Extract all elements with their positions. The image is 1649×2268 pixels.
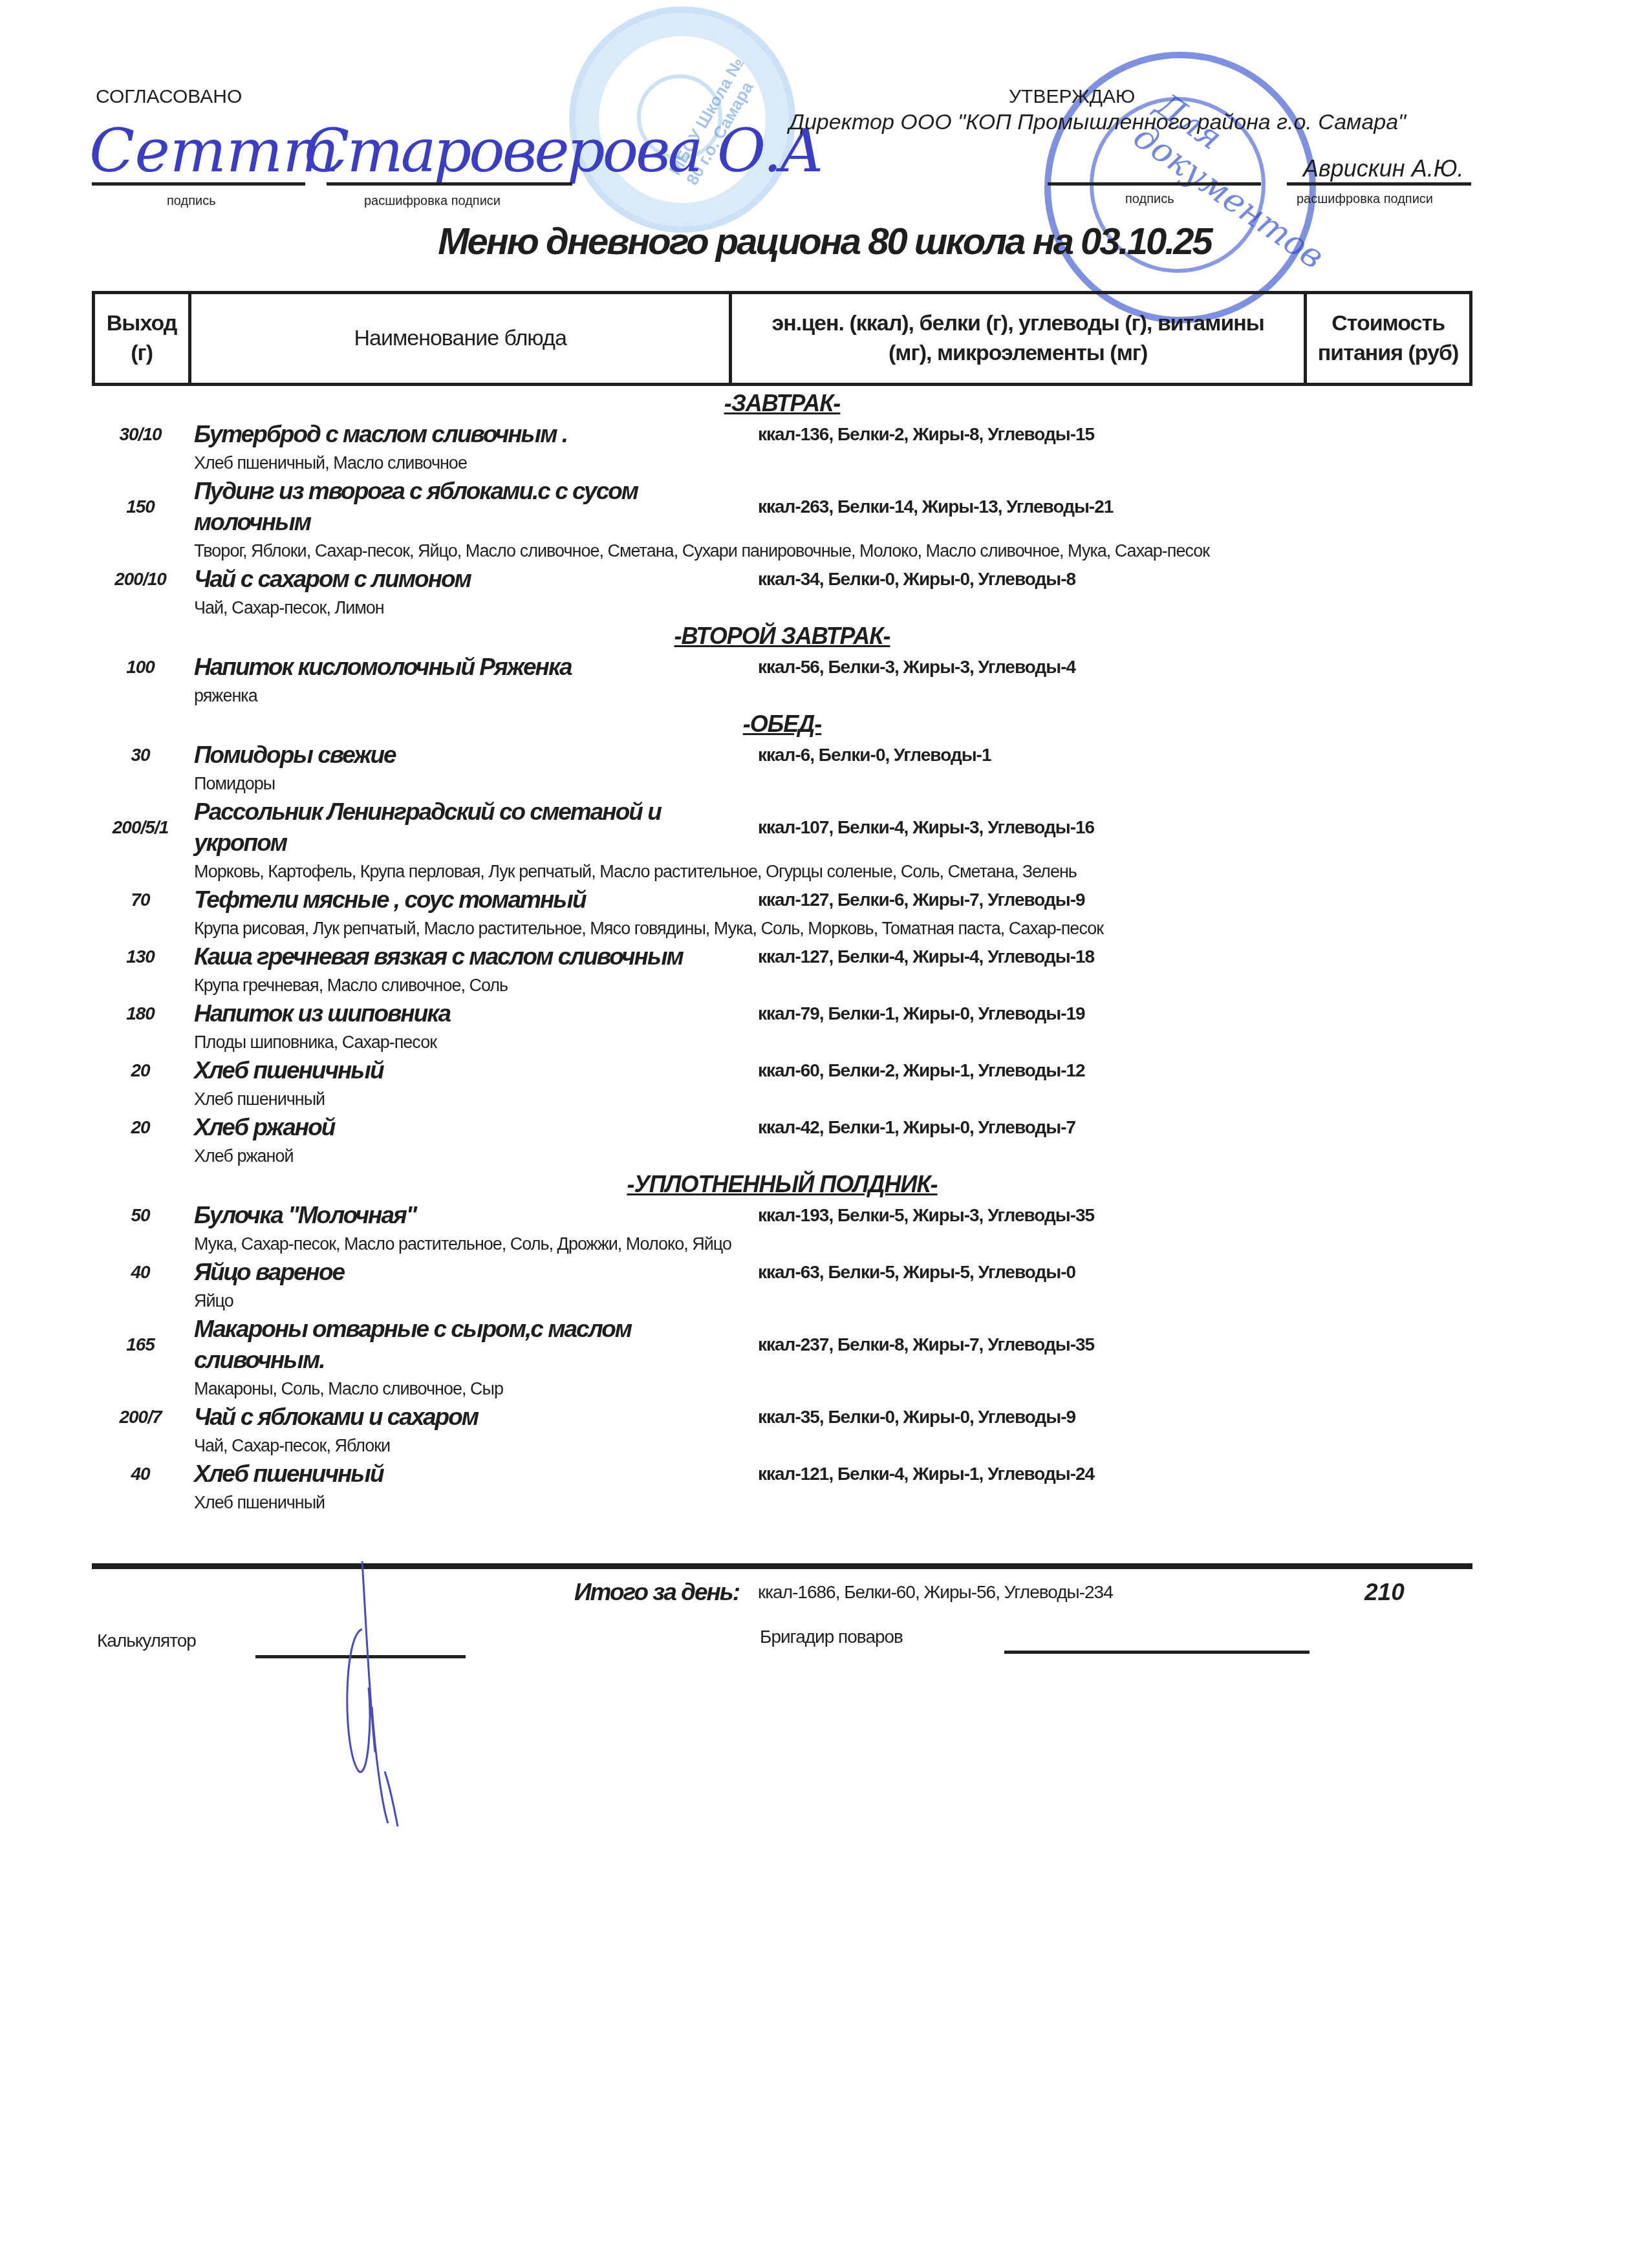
dish-yield: 40 xyxy=(92,1262,189,1283)
dish-ingredients: Мука, Сахар-песок, Масло растительное, С… xyxy=(92,1231,1472,1257)
dish-ingredients: Морковь, Картофель, Крупа перловая, Лук … xyxy=(92,859,1472,884)
dish-ingredients: Творог, Яблоки, Сахар-песок, Яйцо, Масло… xyxy=(92,538,1472,564)
header-dish-name: Наименование блюда xyxy=(190,293,731,385)
dish-nutrition: ккал-34, Белки-0, Жиры-0, Углеводы-8 xyxy=(758,569,1472,590)
dish-nutrition: ккал-107, Белки-4, Жиры-3, Углеводы-16 xyxy=(758,817,1472,838)
dish-row: 50Булочка "Молочная"ккал-193, Белки-5, Ж… xyxy=(92,1200,1472,1257)
dish-nutrition: ккал-127, Белки-4, Жиры-4, Углеводы-18 xyxy=(758,947,1472,967)
dish-row: 20Хлеб ржанойккал-42, Белки-1, Жиры-0, У… xyxy=(92,1112,1472,1169)
dish-nutrition: ккал-193, Белки-5, Жиры-3, Углеводы-35 xyxy=(758,1205,1472,1226)
calculator-signature xyxy=(323,1558,466,1830)
dish-nutrition: ккал-136, Белки-2, Жиры-8, Углеводы-15 xyxy=(758,424,1472,445)
dish-name: Чай с сахаром с лимоном xyxy=(189,564,758,595)
dish-ingredients: Хлеб пшеничный xyxy=(92,1490,1472,1515)
dish-name: Макароны отварные с сыром,с маслом сливо… xyxy=(189,1314,758,1376)
agreed-name-handwritten: Староверова О.А xyxy=(304,116,822,186)
section-heading: -ВТОРОЙ ЗАВТРАК- xyxy=(92,621,1472,652)
dish-yield: 165 xyxy=(92,1334,189,1355)
dish-row: 130Каша гречневая вязкая с маслом сливоч… xyxy=(92,941,1472,998)
dish-yield: 200/10 xyxy=(92,569,189,590)
header-cost: Стоимость питания (руб) xyxy=(1306,293,1471,385)
dish-name: Пудинг из творога с яблоками.с с сусом м… xyxy=(189,476,758,538)
calculator-label: Калькулятор xyxy=(97,1631,196,1651)
dish-yield: 100 xyxy=(92,657,189,678)
section-heading: -ЗАВТРАК- xyxy=(92,388,1472,419)
menu-body: -ЗАВТРАК-30/10Бутерброд с маслом сливочн… xyxy=(92,388,1472,1515)
approved-heading: УТВЕРЖДАЮ xyxy=(1009,86,1135,108)
dish-ingredients: Плоды шиповника, Сахар-песок xyxy=(92,1029,1472,1055)
dish-row: 70Тефтели мясные , соус томатныйккал-127… xyxy=(92,884,1472,941)
dish-row: 20Хлеб пшеничныйккал-60, Белки-2, Жиры-1… xyxy=(92,1055,1472,1112)
dish-nutrition: ккал-60, Белки-2, Жиры-1, Углеводы-12 xyxy=(758,1060,1472,1081)
dish-yield: 150 xyxy=(92,497,189,517)
dish-nutrition: ккал-121, Белки-4, Жиры-1, Углеводы-24 xyxy=(758,1464,1472,1484)
dish-row: 40Хлеб пшеничныйккал-121, Белки-4, Жиры-… xyxy=(92,1459,1472,1515)
agreed-transcript-line xyxy=(327,182,572,186)
header-yield: Выход (г) xyxy=(94,293,190,385)
dish-ingredients: Крупа гречневая, Масло сливочное, Соль xyxy=(92,972,1472,998)
dish-row: 40Яйцо вареноеккал-63, Белки-5, Жиры-5, … xyxy=(92,1257,1472,1314)
dish-name: Тефтели мясные , соус томатный xyxy=(189,884,758,915)
agreed-signature: Сеттт xyxy=(89,116,339,186)
header-nutrition: эн.цен. (ккал), белки (г), углеводы (г),… xyxy=(731,293,1306,385)
dish-nutrition: ккал-127, Белки-6, Жиры-7, Углеводы-9 xyxy=(758,890,1472,910)
dish-nutrition: ккал-79, Белки-1, Жиры-0, Углеводы-19 xyxy=(758,1003,1472,1024)
dish-row: 150Пудинг из творога с яблоками.с с сусо… xyxy=(92,476,1472,564)
approver-position: Директор ООО "КОП Промышленного района г… xyxy=(789,110,1406,135)
dish-nutrition: ккал-237, Белки-8, Жиры-7, Углеводы-35 xyxy=(758,1334,1472,1355)
dish-name: Булочка "Молочная" xyxy=(189,1200,758,1231)
total-nutrition: ккал-1686, Белки-60, Жиры-56, Углеводы-2… xyxy=(758,1582,1113,1603)
chef-signature-line xyxy=(1004,1651,1309,1654)
dish-ingredients: Макароны, Соль, Масло сливочное, Сыр xyxy=(92,1376,1472,1402)
dish-ingredients: Чай, Сахар-песок, Яблоки xyxy=(92,1433,1472,1459)
dish-name: Яйцо вареное xyxy=(189,1257,758,1288)
dish-nutrition: ккал-63, Белки-5, Жиры-5, Углеводы-0 xyxy=(758,1262,1472,1283)
chef-label: Бригадир поваров xyxy=(760,1627,903,1647)
dish-name: Хлеб пшеничный xyxy=(189,1459,758,1490)
dish-name: Каша гречневая вязкая с маслом сливочным xyxy=(189,941,758,972)
approved-signature-caption: подпись xyxy=(1125,192,1174,207)
agreed-transcript-caption: расшифровка подписи xyxy=(364,194,501,209)
dish-yield: 200/5/1 xyxy=(92,817,189,838)
dish-row: 200/5/1Рассольник Ленинградский со смета… xyxy=(92,797,1472,884)
dish-name: Бутерброд с маслом сливочным . xyxy=(189,419,758,450)
dish-yield: 200/7 xyxy=(92,1407,189,1428)
dish-ingredients: ряженка xyxy=(92,683,1472,709)
dish-row: 30Помидоры свежиеккал-6, Белки-0, Углево… xyxy=(92,740,1472,797)
dish-ingredients: Помидоры xyxy=(92,771,1472,797)
approved-transcript-line xyxy=(1287,182,1471,186)
dish-name: Рассольник Ленинградский со сметаной и у… xyxy=(189,797,758,859)
dish-ingredients: Хлеб ржаной xyxy=(92,1143,1472,1169)
dish-name: Напиток кисломолочный Ряженка xyxy=(189,652,758,683)
dish-ingredients: Хлеб пшеничный, Масло сливочное xyxy=(92,450,1472,476)
agreed-signature-caption: подпись xyxy=(167,194,216,209)
dish-row: 100Напиток кисломолочный Ряженкаккал-56,… xyxy=(92,652,1472,709)
dish-nutrition: ккал-6, Белки-0, Углеводы-1 xyxy=(758,745,1472,765)
dish-yield: 20 xyxy=(92,1060,189,1081)
dish-yield: 40 xyxy=(92,1464,189,1484)
dish-ingredients: Яйцо xyxy=(92,1288,1472,1314)
dish-yield: 130 xyxy=(92,947,189,967)
dish-ingredients: Крупа рисовая, Лук репчатый, Масло расти… xyxy=(92,915,1472,941)
dish-yield: 70 xyxy=(92,890,189,910)
section-heading: -УПЛОТНЕННЫЙ ПОЛДНИК- xyxy=(92,1169,1472,1200)
dish-nutrition: ккал-42, Белки-1, Жиры-0, Углеводы-7 xyxy=(758,1117,1472,1138)
dish-yield: 30 xyxy=(92,745,189,765)
dish-name: Чай с яблоками и сахаром xyxy=(189,1402,758,1433)
approver-name: Аврискин А.Ю. xyxy=(1303,155,1464,182)
menu-table-header: Выход (г) Наименование блюда эн.цен. (кк… xyxy=(92,291,1472,386)
dish-nutrition: ккал-35, Белки-0, Жиры-0, Углеводы-9 xyxy=(758,1407,1472,1428)
dish-row: 200/10Чай с сахаром с лимономккал-34, Бе… xyxy=(92,564,1472,621)
total-cost: 210 xyxy=(1364,1579,1405,1606)
approved-signature-line xyxy=(1048,182,1261,186)
page-title: Меню дневного рациона 80 школа на 03.10.… xyxy=(0,220,1649,263)
dish-row: 180Напиток из шиповникаккал-79, Белки-1,… xyxy=(92,998,1472,1055)
dish-ingredients: Хлеб пшеничный xyxy=(92,1086,1472,1112)
dish-yield: 30/10 xyxy=(92,424,189,445)
dish-yield: 180 xyxy=(92,1003,189,1024)
dish-name: Напиток из шиповника xyxy=(189,998,758,1029)
dish-row: 200/7Чай с яблоками и сахаромккал-35, Бе… xyxy=(92,1402,1472,1459)
dish-name: Хлеб ржаной xyxy=(189,1112,758,1143)
approved-transcript-caption: расшифровка подписи xyxy=(1297,192,1433,207)
dish-name: Хлеб пшеничный xyxy=(189,1055,758,1086)
dish-row: 30/10Бутерброд с маслом сливочным .ккал-… xyxy=(92,419,1472,476)
agreed-heading: СОГЛАСОВАНО xyxy=(96,86,242,108)
dish-name: Помидоры свежие xyxy=(189,740,758,771)
section-heading: -ОБЕД- xyxy=(92,709,1472,740)
dish-nutrition: ккал-263, Белки-14, Жиры-13, Углеводы-21 xyxy=(758,497,1472,517)
dish-yield: 20 xyxy=(92,1117,189,1138)
dish-yield: 50 xyxy=(92,1205,189,1226)
dish-row: 165Макароны отварные с сыром,с маслом сл… xyxy=(92,1314,1472,1402)
agreed-signature-line xyxy=(92,182,305,186)
table-bottom-rule xyxy=(92,1563,1472,1569)
dish-ingredients: Чай, Сахар-песок, Лимон xyxy=(92,595,1472,621)
total-label: Итого за день: xyxy=(574,1579,739,1606)
dish-nutrition: ккал-56, Белки-3, Жиры-3, Углеводы-4 xyxy=(758,657,1472,678)
